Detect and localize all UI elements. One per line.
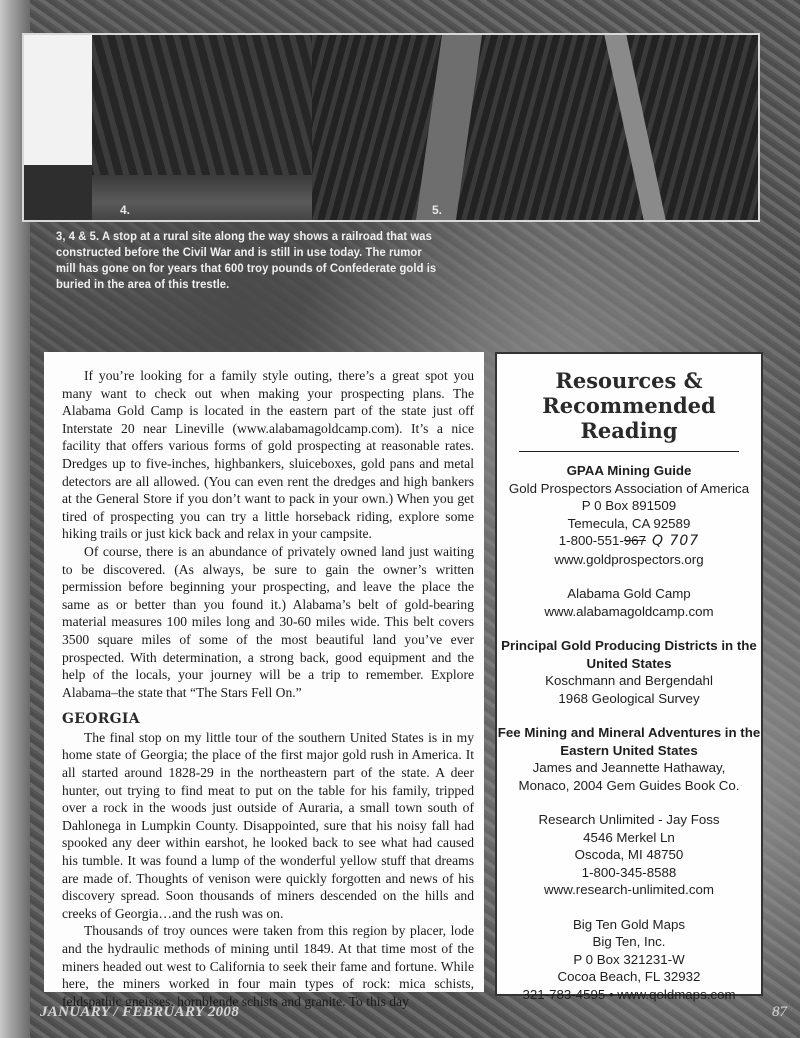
resource-url: www.alabamagoldcamp.com <box>497 603 761 621</box>
resource-research-unlimited: Research Unlimited - Jay Foss 4546 Merke… <box>497 811 761 899</box>
sidebar-title: Resources & Recommended Reading <box>497 368 761 443</box>
resource-gpaa: GPAA Mining Guide Gold Prospectors Assoc… <box>497 462 761 568</box>
photo-label-4: 4. <box>120 203 130 217</box>
resource-url: www.goldprospectors.org <box>497 551 761 569</box>
resource-publisher: Monaco, 2004 Gem Guides Book Co. <box>497 777 761 795</box>
photo-sky <box>24 35 92 165</box>
trestle-photo-panel: 4. 5. <box>22 33 760 222</box>
photo-caption: 3, 4 & 5. A stop at a rural site along t… <box>56 228 442 292</box>
article-body: If you’re looking for a family style out… <box>62 367 474 1010</box>
resource-authors: James and Jeannette Hathaway, <box>497 759 761 777</box>
resource-alabama-gold-camp: Alabama Gold Camp www.alabamagoldcamp.co… <box>497 585 761 620</box>
resource-fee-mining: Fee Mining and Mineral Adventures in the… <box>497 724 761 794</box>
resource-principal-districts: Principal Gold Producing Districts in th… <box>497 637 761 707</box>
resource-address: Cocoa Beach, FL 32932 <box>497 968 761 986</box>
photo-label-5: 5. <box>432 203 442 217</box>
resource-phone: 1-800-345-8588 <box>497 864 761 882</box>
resource-title: GPAA Mining Guide <box>497 462 761 480</box>
resource-publisher: 1968 Geological Survey <box>497 690 761 708</box>
photo-5-trestle <box>312 35 758 220</box>
article-paragraph: The final stop on my little tour of the … <box>62 729 474 923</box>
resource-phone: 1-800-551-967Q 707 <box>497 532 761 551</box>
resource-address: P 0 Box 891509 <box>497 497 761 515</box>
resource-title: Principal Gold Producing Districts in th… <box>497 637 761 672</box>
resource-url: www.research-unlimited.com <box>497 881 761 899</box>
sidebar-title-line: Reading <box>497 418 761 443</box>
issue-date: JANUARY / FEBRUARY 2008 <box>40 1004 239 1021</box>
article-paragraph: Of course, there is an abundance of priv… <box>62 543 474 701</box>
phone-struck-digits: 967 <box>624 533 646 548</box>
article-paragraph: Thousands of troy ounces were taken from… <box>62 922 474 1010</box>
article-paragraph: If you’re looking for a family style out… <box>62 367 474 543</box>
resource-address: Temecula, CA 92589 <box>497 515 761 533</box>
resource-big-ten-maps: Big Ten Gold Maps Big Ten, Inc. P 0 Box … <box>497 916 761 1004</box>
resources-sidebar: Resources & Recommended Reading GPAA Min… <box>495 352 763 996</box>
resource-name: Research Unlimited - Jay Foss <box>497 811 761 829</box>
page-number: 87 <box>772 1004 787 1021</box>
sidebar-title-line: Resources & <box>497 368 761 393</box>
resource-address: Oscoda, MI 48750 <box>497 846 761 864</box>
resource-title: Fee Mining and Mineral Adventures in the… <box>497 724 761 759</box>
resource-authors: Koschmann and Bergendahl <box>497 672 761 690</box>
resource-address: 4546 Merkel Ln <box>497 829 761 847</box>
handwritten-annotation: Q 707 <box>652 533 699 549</box>
phone-prefix: 1-800-551- <box>559 533 624 548</box>
resource-org: Gold Prospectors Association of America <box>497 480 761 498</box>
resource-address: P 0 Box 321231-W <box>497 951 761 969</box>
resource-name: Alabama Gold Camp <box>497 585 761 603</box>
sidebar-title-line: Recommended <box>497 393 761 418</box>
resource-name: Big Ten Gold Maps <box>497 916 761 934</box>
sidebar-divider <box>519 451 739 452</box>
resource-company: Big Ten, Inc. <box>497 933 761 951</box>
section-heading-georgia: GEORGIA <box>62 711 474 729</box>
